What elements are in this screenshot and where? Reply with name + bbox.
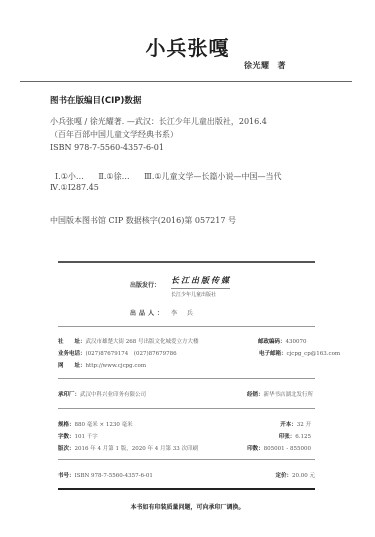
producer-name: 李 兵 (171, 308, 197, 317)
price-value: 20.00 元 (292, 473, 315, 479)
publisher-subname: 长江少年儿童出版社 (171, 291, 216, 298)
print-run-label: 印数： (247, 446, 264, 452)
spec-label: 规格： (58, 422, 75, 428)
format-label: 开本： (280, 422, 297, 428)
classification-item: Ⅰ.①小… (55, 172, 84, 181)
website-label: 网 址： (58, 363, 86, 369)
contact-divider-bottom (58, 378, 315, 379)
top-divider (20, 81, 352, 82)
author-role: 著 (278, 60, 287, 70)
address: 社 址：武汉市雄楚大街 268 号出版文化城爱立方大楼 (58, 337, 199, 345)
producer-label: 出品人： (130, 308, 166, 317)
quality-notice: 本书如有印装质量问题，可向承印厂调换。 (0, 502, 375, 511)
sheets: 印张：6.125 (279, 432, 311, 440)
isbn-value: ISBN 978-7-5560-4357-6-01 (75, 473, 153, 479)
distributor-value: 新华书店湖北发行所 (264, 392, 314, 398)
email-label: 电子邮箱： (259, 351, 287, 357)
words-value: 101 千字 (75, 434, 98, 440)
contact-divider-top (58, 326, 315, 327)
print-run: 印数：805001 - 855000 (247, 444, 311, 452)
edition: 版次：2016 年 4 月第 1 版，2020 年 4 月第 33 次印刷 (58, 444, 198, 452)
book-title: 小兵张嘎 (0, 32, 375, 61)
middle-divider (58, 261, 315, 263)
cip-heading: 图书在版编目(CIP)数据 (50, 94, 141, 106)
website: 网 址：http://www.cjcpg.com (58, 361, 146, 369)
phone: 业务电话：(027)87679174 (027)87679786 (58, 349, 177, 357)
print-run-value: 805001 - 855000 (264, 446, 311, 452)
classification-item: Ⅱ.①徐… (98, 172, 129, 181)
isbn-label: 书号： (58, 473, 75, 479)
phone-label: 业务电话： (58, 351, 86, 357)
edition-label: 版次： (58, 446, 75, 452)
phone-value: (027)87679174 (027)87679786 (86, 351, 177, 357)
printer: 承印厂：武汉中科兴业印务有限公司 (58, 390, 146, 398)
sheets-label: 印张： (279, 434, 296, 440)
edition-value: 2016 年 4 月第 1 版，2020 年 4 月第 33 次印刷 (75, 446, 198, 452)
sheets-value: 6.125 (295, 434, 311, 440)
words-label: 字数： (58, 434, 75, 440)
cip-classification-line-1: Ⅰ.①小… Ⅱ.①徐… Ⅲ.①儿童文学—长篇小说—中国—当代 (55, 171, 294, 182)
spec-value: 880 毫米 × 1230 毫米 (75, 422, 133, 428)
classification-item: Ⅲ.①儿童文学—长篇小说—中国—当代 (144, 172, 281, 181)
book-author: 徐光耀著 (244, 60, 286, 71)
email-value: cjcpg_cp@163.com (287, 351, 341, 357)
email: 电子邮箱：cjcpg_cp@163.com (259, 349, 340, 357)
distributor: 经销：新华书店湖北发行所 (247, 390, 313, 398)
publisher-label: 出版发行： (130, 280, 160, 289)
address-value: 武汉市雄楚大街 268 号出版文化城爱立方大楼 (86, 339, 199, 345)
cip-isbn: ISBN 978-7-5560-4357-6-01 (50, 141, 164, 154)
cip-number: 中国版本图书馆 CIP 数据核字(2016)第 057217 号 (50, 215, 236, 226)
format: 开本：32 开 (280, 420, 311, 428)
distributor-label: 经销： (247, 392, 264, 398)
cip-line-1: 小兵张嘎 / 徐光耀著. —武汉：长江少年儿童出版社，2016.4 (50, 115, 267, 128)
logo-underline (171, 288, 230, 289)
spec: 规格：880 毫米 × 1230 毫米 (58, 420, 133, 428)
printer-value: 武汉中科兴业印务有限公司 (80, 392, 146, 398)
word-count: 字数：101 千字 (58, 432, 98, 440)
postcode-label: 邮政编码： (258, 339, 286, 345)
cip-classification-line-2: Ⅳ.①I287.45 (50, 183, 99, 192)
book-number: 书号：ISBN 978-7-5560-4357-6-01 (58, 471, 153, 479)
postcode-value: 430070 (286, 339, 307, 345)
address-label: 社 址： (58, 339, 86, 345)
format-value: 32 开 (297, 422, 311, 428)
publisher-logo: 长江出版传媒 (171, 275, 231, 286)
printer-divider (58, 408, 315, 409)
author-name: 徐光耀 (244, 60, 270, 70)
price: 定价：20.00 元 (275, 471, 315, 479)
cip-line-2: （百年百部中国儿童文学经典书系） (50, 128, 178, 141)
printer-label: 承印厂： (58, 392, 80, 398)
bottom-divider (58, 488, 315, 490)
website-value: http://www.cjcpg.com (86, 363, 147, 369)
postcode: 邮政编码：430070 (258, 337, 307, 345)
price-label: 定价： (275, 473, 292, 479)
isbn-divider (58, 459, 315, 460)
